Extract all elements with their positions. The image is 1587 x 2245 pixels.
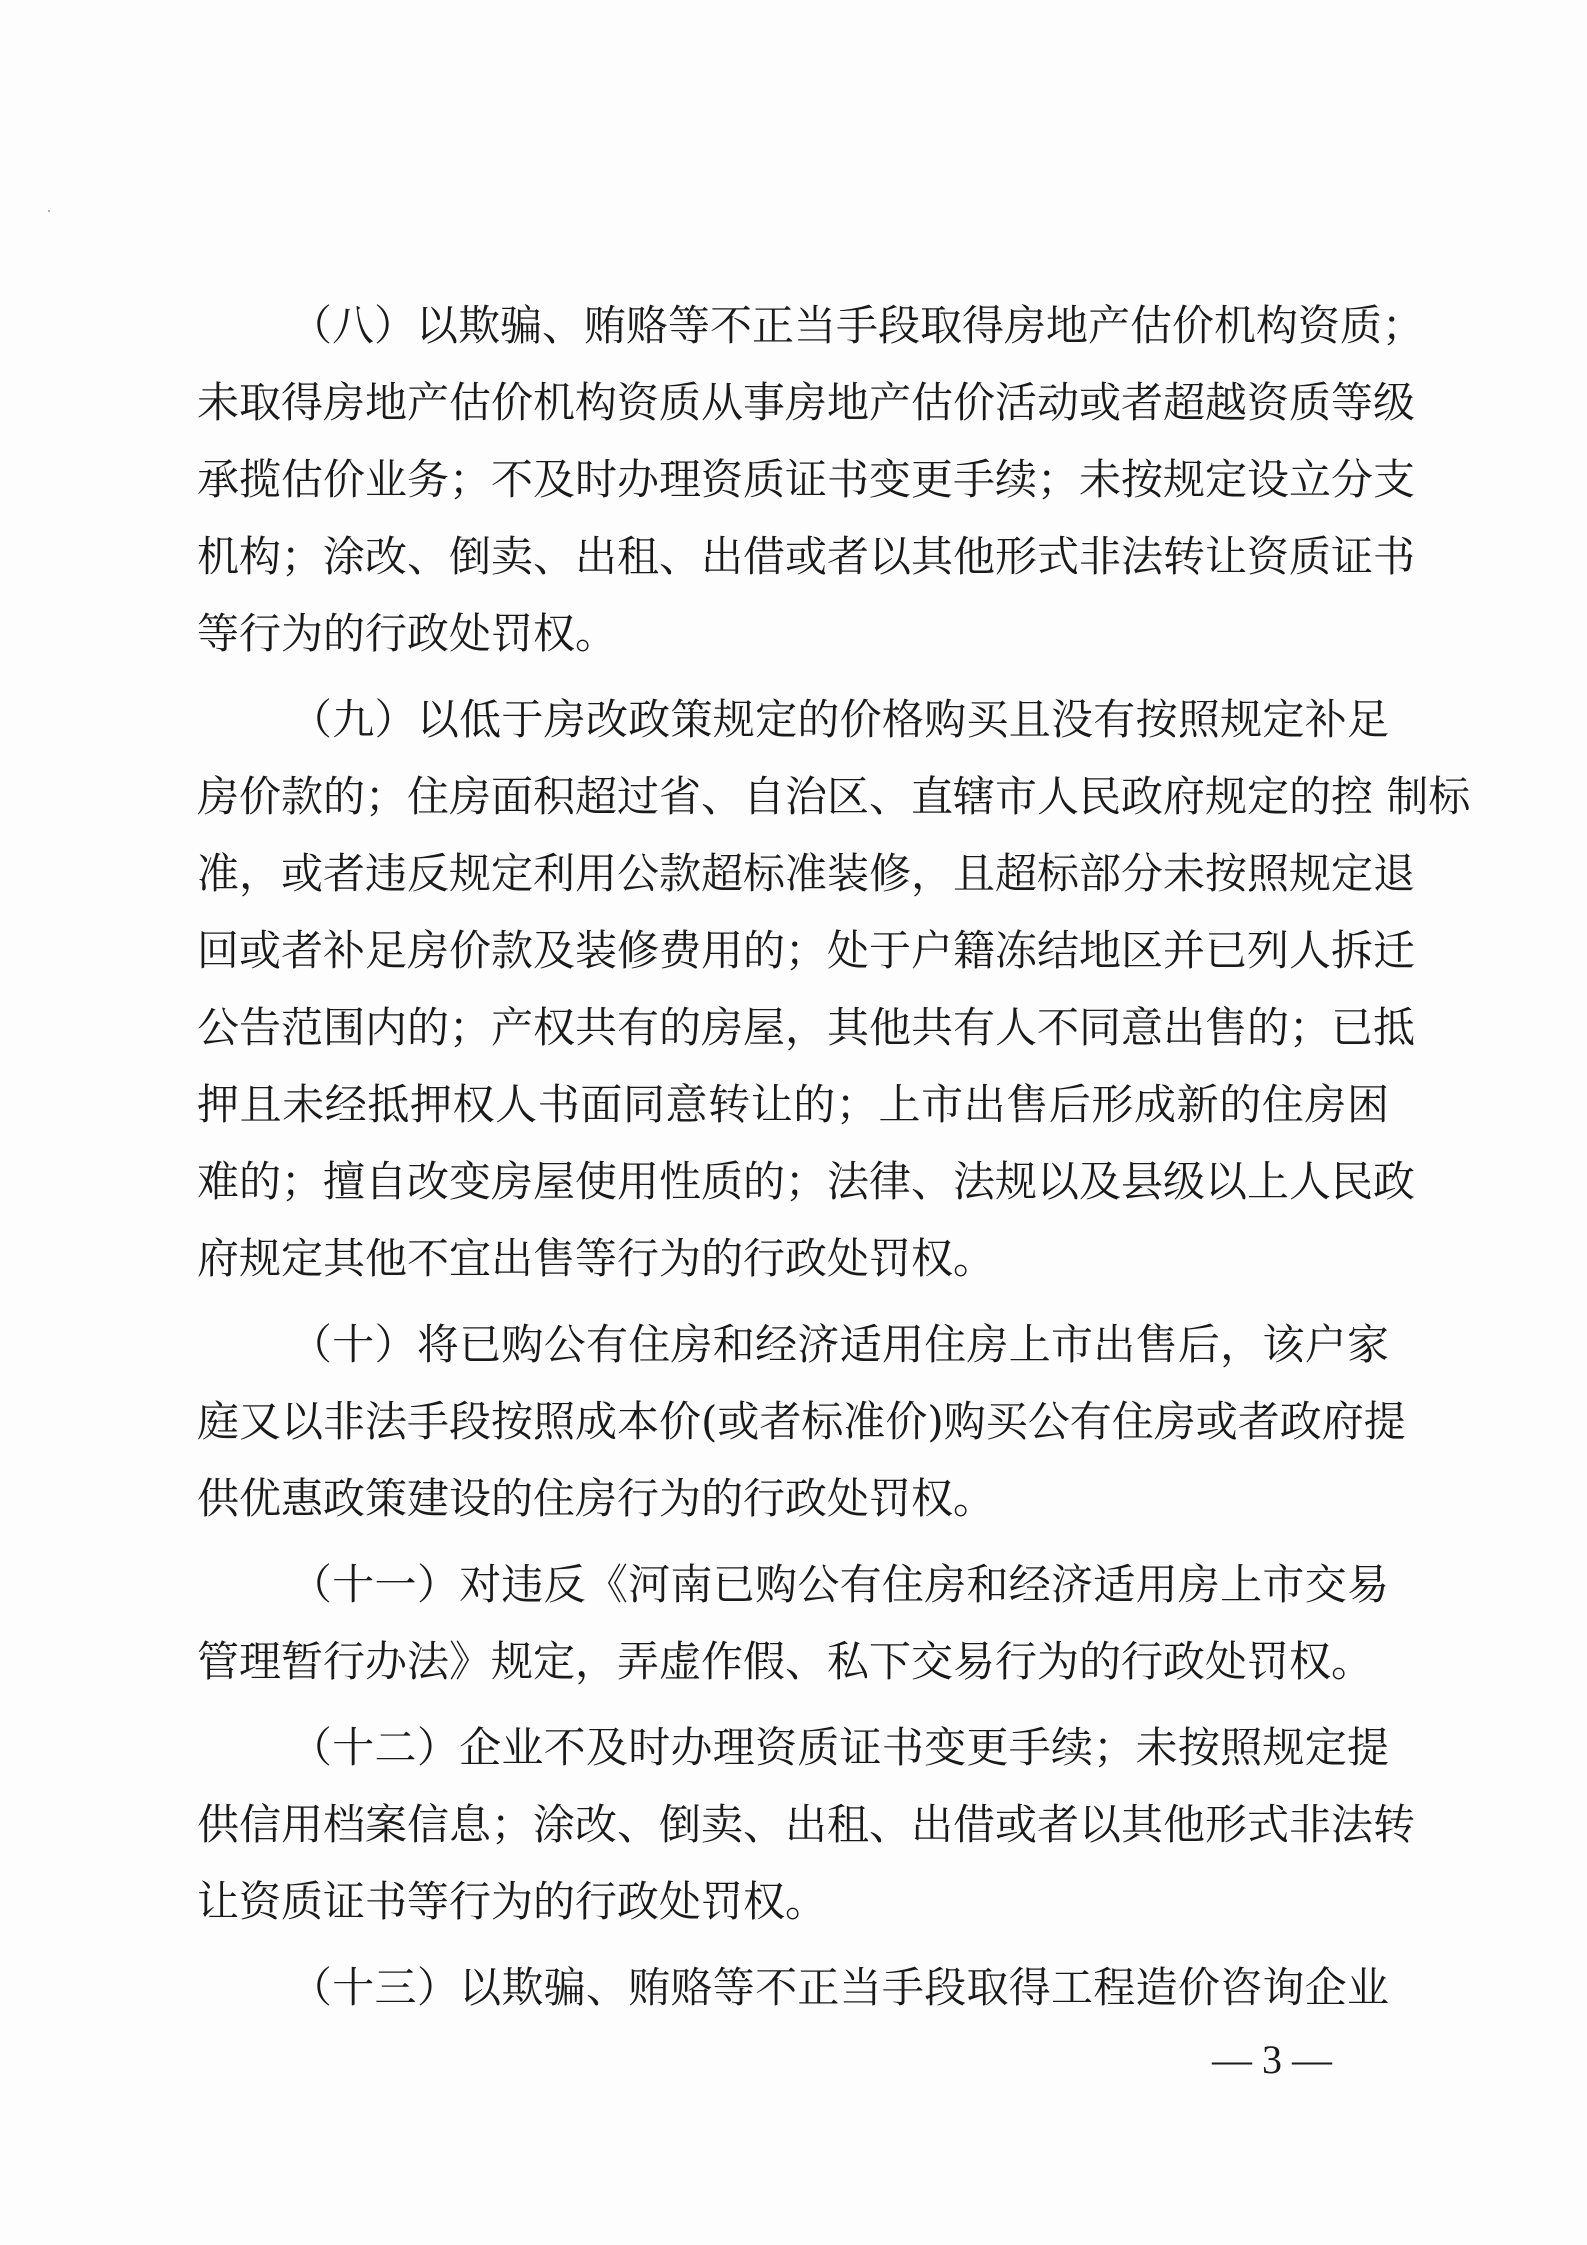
paragraph-10-line-3: 供优惠政策建设的住房行为的行政处罚权。 xyxy=(197,1469,1389,1529)
page-number: — 3 — xyxy=(1207,2035,1337,2085)
paragraph-9-line-5: 公告范围内的；产权共有的房屋，其他共有人不同意出售的；已抵 xyxy=(197,998,1389,1058)
paragraph-9-line-2: 房价款的；住房面积超过省、自治区、直辖市人民政府规定的控 制标 xyxy=(197,767,1389,827)
paragraph-13-line-1: （十三）以欺骗、贿赂等不正当手段取得工程造价咨询企业 xyxy=(290,1958,1389,2018)
paragraph-12-line-1: （十二）企业不及时办理资质证书变更手续；未按照规定提 xyxy=(290,1718,1389,1778)
paragraph-11-line-2: 管理暂行办法》规定，弄虚作假、私下交易行为的行政处罚权。 xyxy=(197,1632,1389,1692)
paragraph-9-line-8: 府规定其他不宜出售等行为的行政处罚权。 xyxy=(197,1229,1389,1289)
paragraph-8-line-1: （八）以欺骗、贿赂等不正当手段取得房地产估价机构资质； xyxy=(290,296,1389,356)
paragraph-9-line-1: （九）以低于房改政策规定的价格购买且没有按照规定补足 xyxy=(290,690,1389,750)
paragraph-12-line-2: 供信用档案信息；涂改、倒卖、出租、出借或者以其他形式非法转 xyxy=(197,1795,1389,1855)
paragraph-8-line-2: 未取得房地产估价机构资质从事房地产估价活动或者超越资质等级 xyxy=(197,373,1389,433)
paragraph-8-line-4: 机构；涂改、倒卖、出租、出借或者以其他形式非法转让资质证书 xyxy=(197,527,1389,587)
paragraph-9-line-7: 难的；擅自改变房屋使用性质的；法律、法规以及县级以上人民政 xyxy=(197,1152,1389,1212)
paragraph-8-line-3: 承揽估价业务；不及时办理资质证书变更手续；未按规定设立分支 xyxy=(197,450,1389,510)
paragraph-11-line-1: （十一）对违反《河南已购公有住房和经济适用房上市交易 xyxy=(290,1555,1389,1615)
paragraph-9-line-4: 回或者补足房价款及装修费用的；处于户籍冻结地区并已列人拆迁 xyxy=(197,921,1389,981)
paragraph-12-line-3: 让资质证书等行为的行政处罚权。 xyxy=(197,1872,1389,1932)
scan-artifact xyxy=(48,210,50,212)
paragraph-9-line-3: 准，或者违反规定利用公款超标准装修，且超标部分未按照规定退 xyxy=(197,844,1389,904)
document-page: （八）以欺骗、贿赂等不正当手段取得房地产估价机构资质； 未取得房地产估价机构资质… xyxy=(0,0,1587,2245)
paragraph-8-line-5: 等行为的行政处罚权。 xyxy=(197,604,1389,664)
paragraph-10-line-2: 庭又以非法手段按照成本价(或者标准价)购买公有住房或者政府提 xyxy=(197,1392,1389,1452)
paragraph-10-line-1: （十）将已购公有住房和经济适用住房上市出售后，该户家 xyxy=(290,1315,1389,1375)
paragraph-9-line-6: 押且未经抵押权人书面同意转让的；上市出售后形成新的住房困 xyxy=(197,1075,1389,1135)
